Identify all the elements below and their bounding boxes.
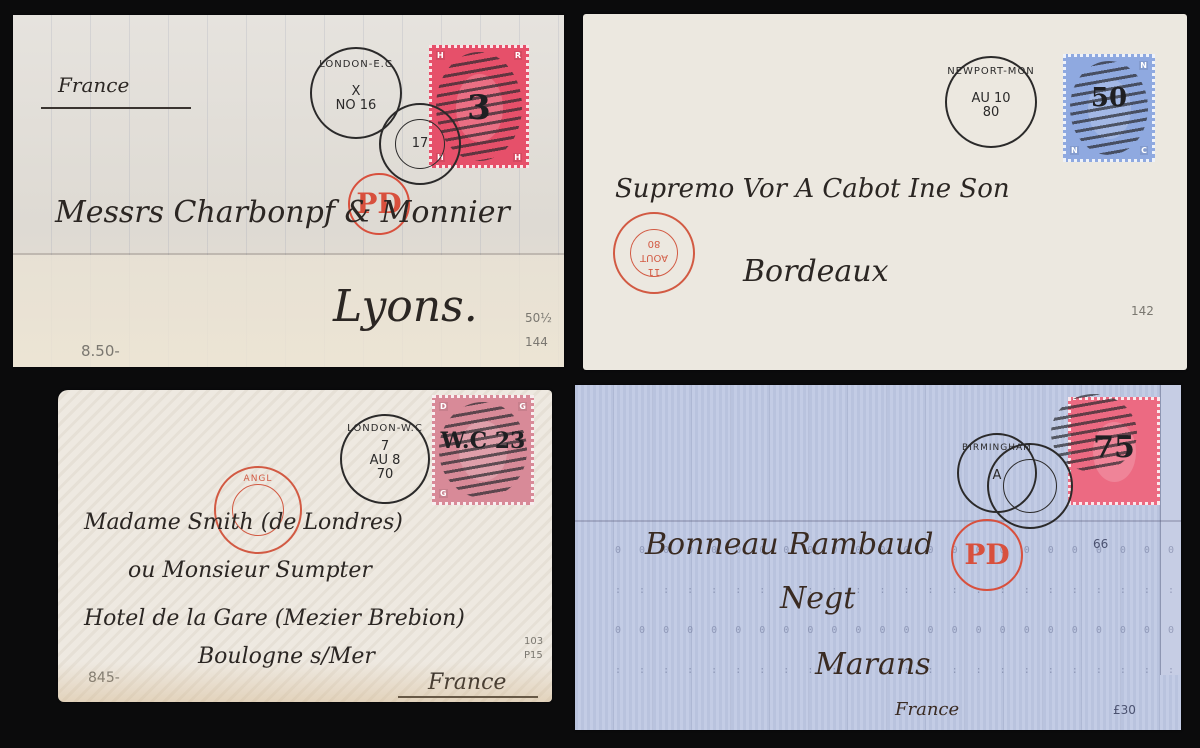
postmark-line: 70 — [342, 468, 428, 482]
postmark-angl-amb — [987, 443, 1073, 529]
manuscript-city: Marans — [815, 647, 931, 682]
underline — [41, 107, 191, 109]
fold-line — [575, 520, 1181, 522]
cover-bordeaux: N N C 50 NEWPORT-MON AU 10 80 11 AOUT 80… — [583, 14, 1187, 370]
postmark-ring-text: ANGL — [216, 474, 300, 484]
manuscript-line: ou Monsieur Sumpter — [128, 558, 372, 583]
pencil-note: 142 — [1131, 304, 1154, 318]
postmark-newport-mon: NEWPORT-MON AU 10 80 — [945, 56, 1037, 148]
postmark-line: AOUT — [615, 250, 693, 264]
cover-boulogne: D G G W.C 23 LONDON-W.C 7 AU 8 70 ANGL M… — [58, 390, 552, 702]
manuscript-country: France — [895, 699, 959, 720]
postmark-london-wc: LONDON-W.C 7 AU 8 70 — [340, 414, 430, 504]
pencil-note: P15 — [524, 650, 543, 661]
corner-letter: N — [1070, 146, 1079, 155]
postmark-angl-amb: 17 — [379, 103, 461, 185]
corner-letter: C — [1140, 146, 1148, 155]
corner-letter: G — [439, 489, 448, 498]
manuscript-line: Madame Smith (de Londres) — [84, 510, 403, 535]
postmark-line: 7 — [342, 440, 428, 454]
postmark-line: AU 8 — [342, 454, 428, 468]
postmark-line: NO 16 — [312, 99, 400, 113]
postmark-line: 80 — [615, 236, 693, 250]
cancel-numeral: 75 — [1071, 430, 1157, 465]
manuscript-line: Negt — [780, 581, 855, 616]
corner-letter: R — [514, 51, 522, 60]
postmark-ring-text: LONDON-W.C — [342, 423, 428, 434]
ledger-numbers: : : : : : : : : : : : : : : : : : : : : … — [615, 585, 1181, 596]
stamp-3d-lilac: D G G W.C 23 — [432, 395, 534, 505]
pencil-price: £30 — [1113, 703, 1136, 717]
cancel-numeral: W.C 23 — [435, 428, 531, 454]
stamp-4d-pink: 75 — [1068, 397, 1160, 505]
manuscript-addressee: Supremo Vor A Cabot Ine Son — [615, 174, 1010, 204]
manuscript-line: Hotel de la Gare (Mezier Brebion) — [84, 606, 465, 631]
pencil-note: 144 — [525, 335, 548, 349]
stamp-halfpenny-blue: N N C 50 — [1063, 54, 1155, 162]
cover-lyons: France H R H H 3 LONDON-E.C X NO 16 17 P… — [13, 15, 564, 367]
postmark-line: 80 — [947, 106, 1035, 120]
foxing-stain — [58, 662, 552, 702]
pencil-price: 8.50- — [81, 342, 120, 360]
postmark-ring-text: LONDON-E.C — [312, 59, 400, 70]
pencil-note: 103 — [524, 636, 543, 647]
corner-letter: N — [1139, 61, 1148, 70]
cover-marans: 0 0 0 0 0 0 0 0 0 0 0 0 0 0 0 0 0 0 0 0 … — [575, 385, 1181, 730]
postmark-line: X — [312, 85, 400, 99]
manuscript-city: Bordeaux — [743, 254, 889, 289]
postmark-line: 17 — [381, 137, 459, 151]
corner-letter: H — [513, 153, 522, 162]
manuscript-addressee: Bonneau Rambaud — [645, 527, 933, 562]
postmark-line: AU 10 — [947, 92, 1035, 106]
corner-letter: G — [518, 402, 527, 411]
red-pd-mark: PD — [951, 519, 1023, 591]
ledger-numbers: 0 0 0 0 0 0 0 0 0 0 0 0 0 0 0 0 0 0 0 0 … — [615, 625, 1181, 636]
postmark-line: 11 — [615, 264, 693, 278]
postmark-ring-text: NEWPORT-MON — [947, 66, 1035, 77]
postmark-calais-red: 11 AOUT 80 — [613, 212, 695, 294]
manuscript-city: Lyons. — [333, 281, 478, 332]
pencil-note: 50½ — [525, 311, 552, 325]
manuscript-top-note: France — [58, 73, 129, 97]
cancel-numeral: 50 — [1066, 83, 1152, 113]
corner-letter: H — [436, 51, 445, 60]
corner-letter: D — [439, 402, 448, 411]
pencil-note: 66 — [1093, 537, 1108, 551]
fold-line — [13, 253, 564, 255]
manuscript-addressee: Messrs Charbonpf & Monnier — [55, 195, 510, 230]
